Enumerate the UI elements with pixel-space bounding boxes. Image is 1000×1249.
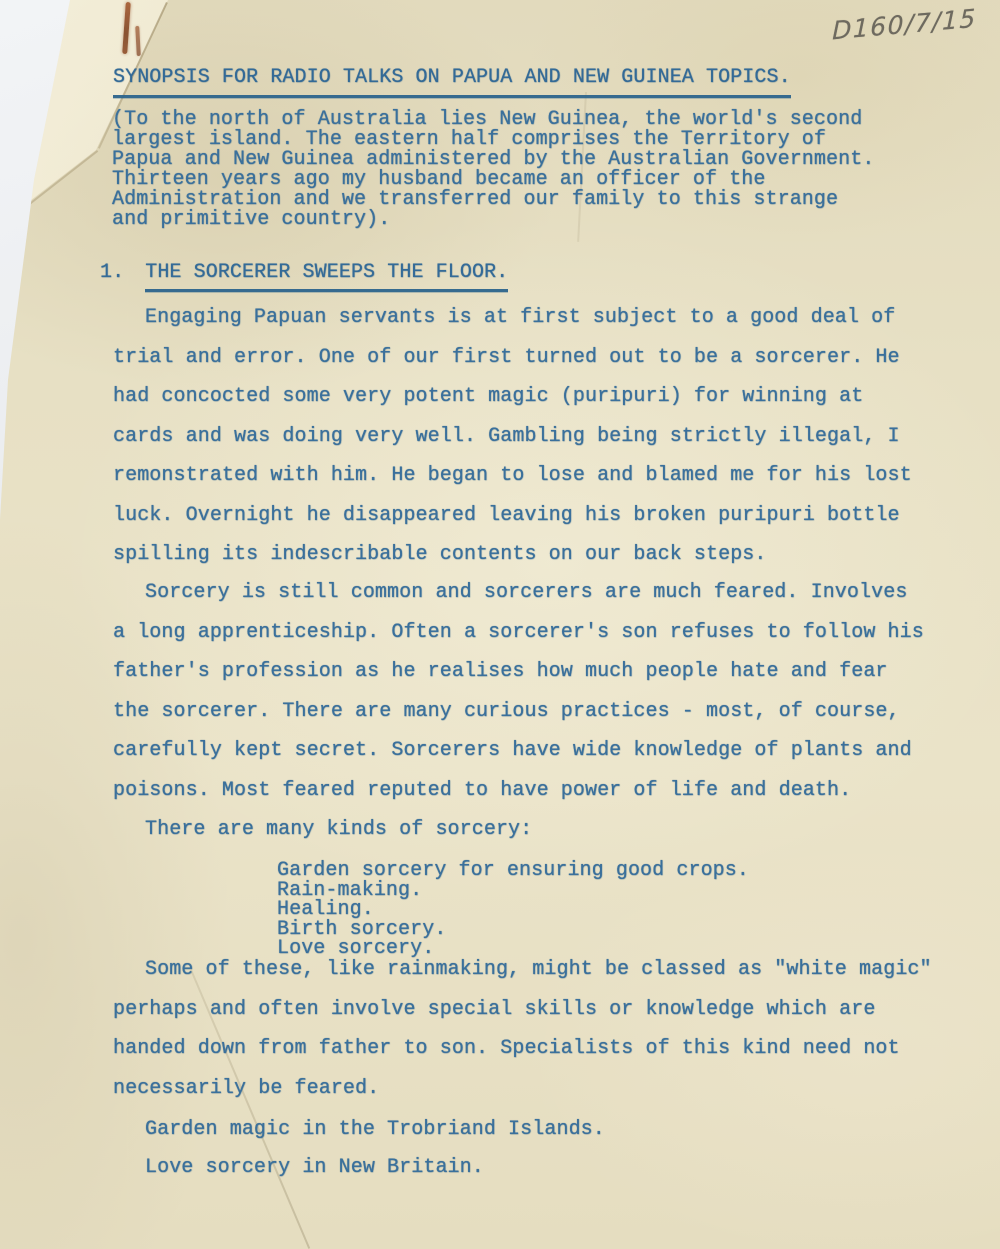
paragraph-sorcerer-story: Engaging Papuan servants is at first sub… (113, 298, 912, 575)
kinds-of-sorcery-line: There are many kinds of sorcery: (113, 820, 532, 840)
pencil-annotation: D160/7/15 (832, 4, 977, 46)
section-title: THE SORCERER SWEEPS THE FLOOR. (145, 261, 508, 292)
rusty-staple-icon (122, 2, 131, 54)
sorcery-kinds-list: Garden sorcery for ensuring good crops. … (277, 861, 749, 959)
note-garden-magic: Garden magic in the Trobriand Islands. (145, 1120, 605, 1140)
rusty-staple-icon (135, 26, 141, 56)
section-number: 1. (100, 261, 124, 284)
document-title: SYNOPSIS FOR RADIO TALKS ON PAPUA AND NE… (113, 66, 791, 98)
paragraph-white-magic: Some of these, like rainmaking, might be… (113, 950, 932, 1108)
intro-paragraph: (To the north of Australia lies New Guin… (112, 110, 874, 230)
scanned-page: D160/7/15 SYNOPSIS FOR RADIO TALKS ON PA… (0, 0, 1000, 1249)
paragraph-sorcery-common: Sorcery is still common and sorcerers ar… (113, 573, 924, 810)
paper-sheet: D160/7/15 SYNOPSIS FOR RADIO TALKS ON PA… (0, 0, 1000, 1249)
note-love-sorcery: Love sorcery in New Britain. (145, 1158, 484, 1178)
section-heading: 1.THE SORCERER SWEEPS THE FLOOR. (100, 261, 508, 292)
